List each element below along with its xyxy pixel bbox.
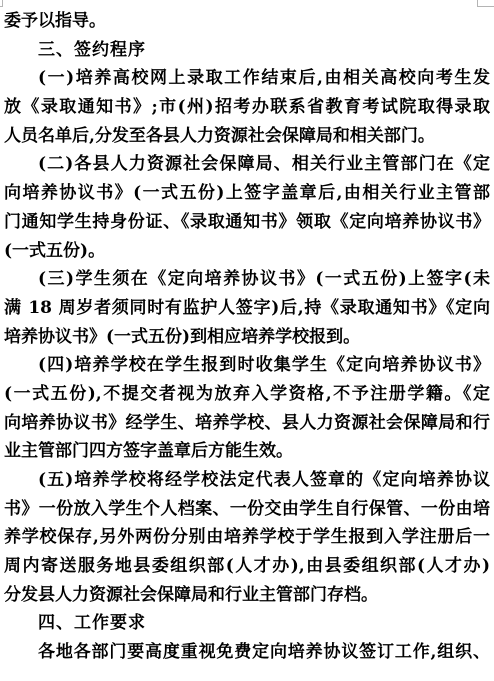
doc-line: 满 18 周岁者须同时有监护人签字)后,持《录取通知书》《定向 [4, 294, 490, 323]
doc-line: (一式五份)。 [4, 237, 490, 266]
doc-line: (四)培养学校在学生报到时收集学生《定向培养协议书》 [4, 351, 490, 380]
doc-line: 门通知学生持身份证、《录取通知书》领取《定向培养协议书》 [4, 208, 490, 237]
doc-line: 人员名单后,分发至各县人力资源社会保障局和相关部门。 [4, 122, 490, 151]
doc-line: 委予以指导。 [4, 7, 490, 36]
doc-line: 书》一份放入学生个人档案、一份交由学生自行保管、一份由培 [4, 495, 490, 524]
doc-line: 分发县人力资源社会保障局和行业主管部门存档。 [4, 581, 490, 610]
doc-line: (五)培养学校将经学校法定代表人签章的《定向培养协议 [4, 466, 490, 495]
section-heading: 四、工作要求 [4, 609, 490, 638]
doc-line: (一)培养高校网上录取工作结束后,由相关高校向考生发 [4, 64, 490, 93]
doc-line: 周内寄送服务地县委组织部(人才办),由县委组织部(人才办) [4, 552, 490, 581]
margin-crop-mark-top-left [0, 6, 3, 7]
doc-line: 业主管部门四方签字盖章后方能生效。 [4, 437, 490, 466]
doc-line: 向培养协议书》经学生、培养学校、县人力资源社会保障局和行 [4, 409, 490, 438]
doc-line: (三)学生须在《定向培养协议书》(一式五份)上签字(未 [4, 265, 490, 294]
doc-line: 各地各部门要高度重视免费定向培养协议签订工作,组织、 [4, 638, 490, 667]
doc-line: 向培养协议书》(一式五份)上签字盖章后,由相关行业主管部 [4, 179, 490, 208]
doc-line: 培养协议书》(一式五份)到相应培养学校报到。 [4, 323, 490, 352]
doc-line: 养学校保存,另外两份分别由培养学校于学生报到入学注册后一 [4, 523, 490, 552]
section-heading: 三、签约程序 [4, 36, 490, 65]
doc-line: 放《录取通知书》;市(州)招考办联系省教育考试院取得录取 [4, 93, 490, 122]
doc-line: (一式五份),不提交者视为放弃入学资格,不予注册学籍。《定 [4, 380, 490, 409]
document-body: 委予以指导。 三、签约程序 (一)培养高校网上录取工作结束后,由相关高校向考生发… [4, 7, 490, 667]
doc-line: (二)各县人力资源社会保障局、相关行业主管部门在《定 [4, 150, 490, 179]
document-page: 委予以指导。 三、签约程序 (一)培养高校网上录取工作结束后,由相关高校向考生发… [0, 0, 494, 681]
